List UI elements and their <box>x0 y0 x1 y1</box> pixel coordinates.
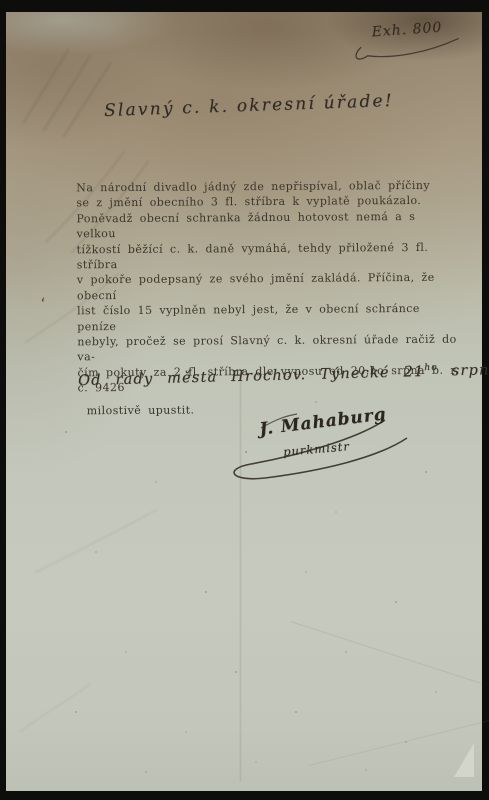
dateline-text: srpna 1856 <box>438 361 489 380</box>
body-line: tížkostí běžící c. k. daně vymáhá, tehdy… <box>77 239 459 272</box>
signature-block: J. Mahaburg purkmistr <box>225 406 420 486</box>
body-line: list číslo 15 vyplněn nebyl jest, že v o… <box>77 301 459 334</box>
body-line: v pokoře podepsaný ze svého jmění zaklád… <box>77 270 459 303</box>
fold-crease-diagonal <box>291 621 482 684</box>
scanned-document: Exh. 800 Slavný c. k. okresní úřade! Na … <box>0 0 489 800</box>
body-line: nebyly, pročež se prosí Slavný c. k. okr… <box>77 332 459 365</box>
dateline-ordinal-sup: ho <box>424 363 438 373</box>
body-line: Poněvadž obecní schranka žádnou hotovost… <box>76 208 458 241</box>
dog-ear-fold <box>454 743 474 777</box>
